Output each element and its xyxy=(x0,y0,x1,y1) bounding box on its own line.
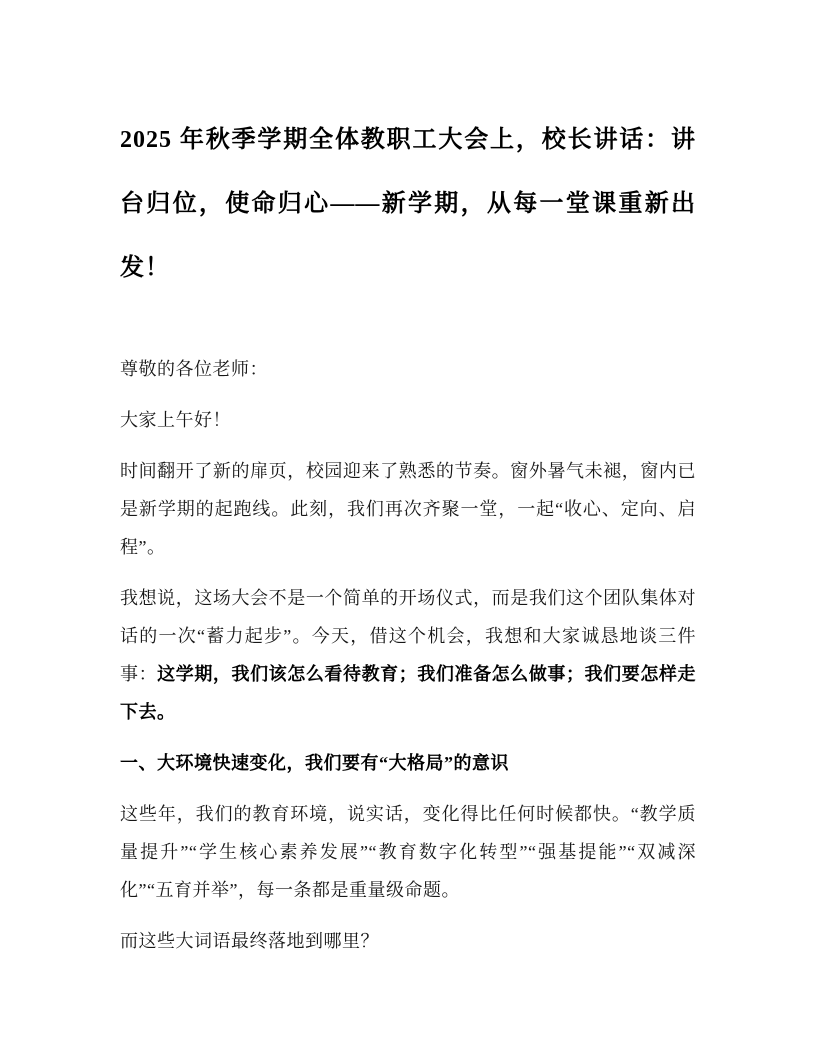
paragraph-new-semester: 时间翻开了新的扉页，校园迎来了熟悉的节奏。窗外暑气未褪，窗内已是新学期的起跑线。… xyxy=(120,452,696,566)
paragraph-question: 而这些大词语最终落地到哪里？ xyxy=(120,922,696,960)
paragraph-three-things-bold: 这学期，我们该怎么看待教育；我们准备怎么做事；我们要怎样走下去。 xyxy=(120,664,696,722)
paragraph-three-things: 我想说，这场大会不是一个简单的开场仪式，而是我们这个团队集体对话的一次“蓄力起步… xyxy=(120,579,696,731)
document-page: 2025 年秋季学期全体教职工大会上，校长讲话：讲台归位，使命归心——新学期，从… xyxy=(0,0,816,1056)
salutation-line: 尊敬的各位老师： xyxy=(120,350,696,388)
section-one-heading: 一、大环境快速变化，我们要有“大格局”的意识 xyxy=(120,744,696,782)
greeting-line: 大家上午好！ xyxy=(120,401,696,439)
paragraph-environment: 这些年，我们的教育环境，说实话，变化得比任何时候都快。“教学质量提升”“学生核心… xyxy=(120,795,696,909)
document-title: 2025 年秋季学期全体教职工大会上，校长讲话：讲台归位，使命归心——新学期，从… xyxy=(120,108,696,300)
